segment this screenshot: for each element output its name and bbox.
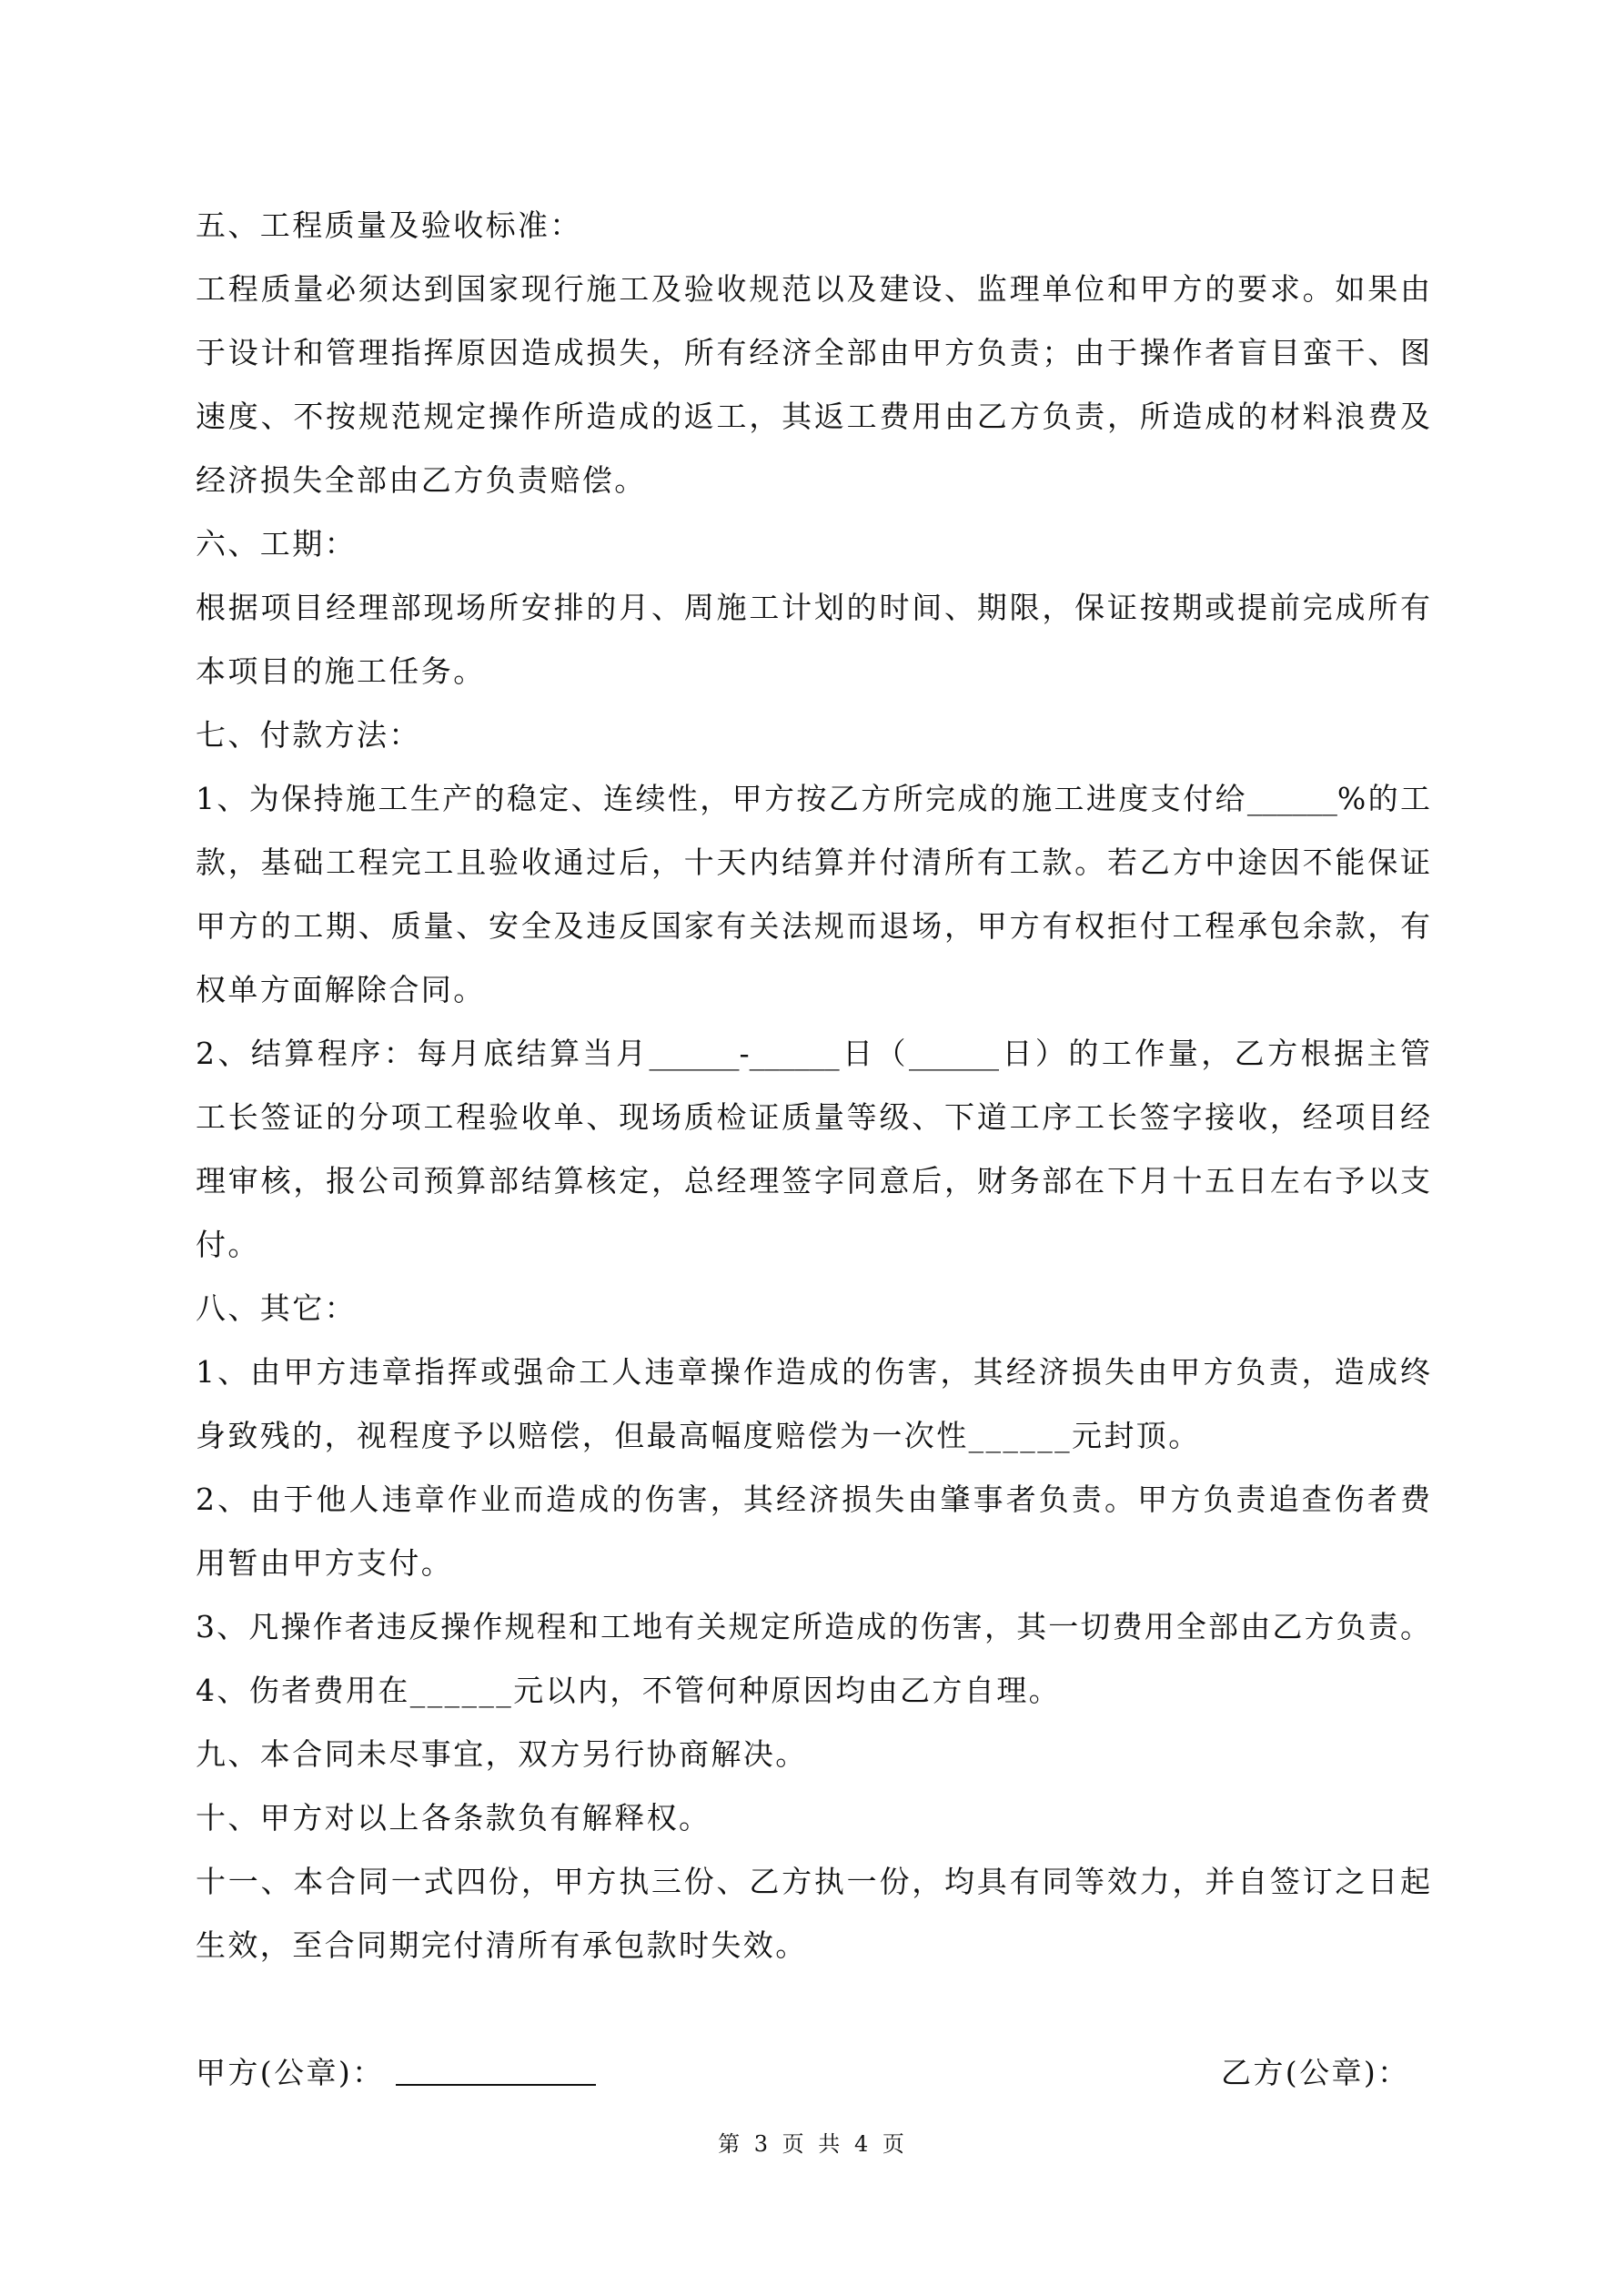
paragraph-line: 3、凡操作者违反操作规程和工地有关规定所造成的伤害，其一切费用全部由乙方负责。 xyxy=(196,1607,1430,1671)
paragraph-line: 用暂由甲方支付。 xyxy=(196,1543,1430,1607)
paragraph-line: 本项目的施工任务。 xyxy=(196,652,1430,715)
page-number: 第 3 页 共 4 页 xyxy=(718,2131,906,2157)
paragraph-line: 2、结算程序：每月底结算当月______-______日（______日）的工作… xyxy=(196,1034,1430,1097)
paragraph-line: 理审核，报公司预算部结算核定，总经理签字同意后，财务部在下月十五日左右予以支 xyxy=(196,1161,1430,1225)
section-heading-schedule: 六、工期： xyxy=(196,524,1430,588)
paragraph-line: 工程质量必须达到国家现行施工及验收规范以及建设、监理单位和甲方的要求。如果由 xyxy=(196,269,1430,333)
party-a-label: 甲方(公章)： xyxy=(196,2055,385,2090)
paragraph-line: 身致残的，视程度予以赔偿，但最高幅度赔偿为一次性______元封顶。 xyxy=(196,1416,1430,1480)
section-heading-payment: 七、付款方法： xyxy=(196,715,1430,779)
paragraph-line: 经济损失全部由乙方负责赔偿。 xyxy=(196,460,1430,524)
paragraph-line: 生效，至合同期完付清所有承包款时失效。 xyxy=(196,1926,1430,1989)
signature-block: 甲方(公章)： 乙方(公章)： xyxy=(196,2053,1430,2099)
section-clause-ten: 十、甲方对以上各条款负有解释权。 xyxy=(196,1798,1430,1862)
paragraph-line: 款，基础工程完工且验收通过后，十天内结算并付清所有工款。若乙方中途因不能保证 xyxy=(196,843,1430,906)
party-a-signature: 甲方(公章)： xyxy=(196,2053,596,2093)
paragraph-line: 根据项目经理部现场所安排的月、周施工计划的时间、期限，保证按期或提前完成所有 xyxy=(196,588,1430,652)
paragraph-line: 权单方面解除合同。 xyxy=(196,970,1430,1034)
party-b-label: 乙方(公章)： xyxy=(1221,2055,1410,2090)
paragraph-line: 1、由甲方违章指挥或强命工人违章操作造成的伤害，其经济损失由甲方负责，造成终 xyxy=(196,1352,1430,1416)
page-footer: 第 3 页 共 4 页 xyxy=(0,2129,1624,2159)
paragraph-line: 速度、不按规范规定操作所造成的返工，其返工费用由乙方负责，所造成的材料浪费及 xyxy=(196,397,1430,460)
section-clause-nine: 九、本合同未尽事宜，双方另行协商解决。 xyxy=(196,1735,1430,1798)
paragraph-line: 4、伤者费用在______元以内，不管何种原因均由乙方自理。 xyxy=(196,1671,1430,1735)
paragraph-line: 1、为保持施工生产的稳定、连续性，甲方按乙方所完成的施工进度支付给______%… xyxy=(196,779,1430,843)
contract-body: 五、工程质量及验收标准： 工程质量必须达到国家现行施工及验收规范以及建设、监理单… xyxy=(196,206,1430,1989)
document-page: 五、工程质量及验收标准： 工程质量必须达到国家现行施工及验收规范以及建设、监理单… xyxy=(0,0,1624,2296)
section-heading-quality: 五、工程质量及验收标准： xyxy=(196,206,1430,269)
section-clause-eleven: 十一、本合同一式四份，甲方执三份、乙方执一份，均具有同等效力，并自签订之日起 xyxy=(196,1862,1430,1926)
party-b-signature: 乙方(公章)： xyxy=(1221,2053,1410,2093)
paragraph-line: 甲方的工期、质量、安全及违反国家有关法规而退场，甲方有权拒付工程承包余款，有 xyxy=(196,906,1430,970)
party-a-signature-line xyxy=(396,2053,596,2086)
paragraph-line: 付。 xyxy=(196,1225,1430,1289)
paragraph-line: 工长签证的分项工程验收单、现场质检证质量等级、下道工序工长签字接收，经项目经 xyxy=(196,1097,1430,1161)
paragraph-line: 于设计和管理指挥原因造成损失，所有经济全部由甲方负责；由于操作者盲目蛮干、图 xyxy=(196,333,1430,397)
paragraph-line: 2、由于他人违章作业而造成的伤害，其经济损失由肇事者负责。甲方负责追查伤者费 xyxy=(196,1480,1430,1543)
section-heading-other: 八、其它： xyxy=(196,1289,1430,1352)
